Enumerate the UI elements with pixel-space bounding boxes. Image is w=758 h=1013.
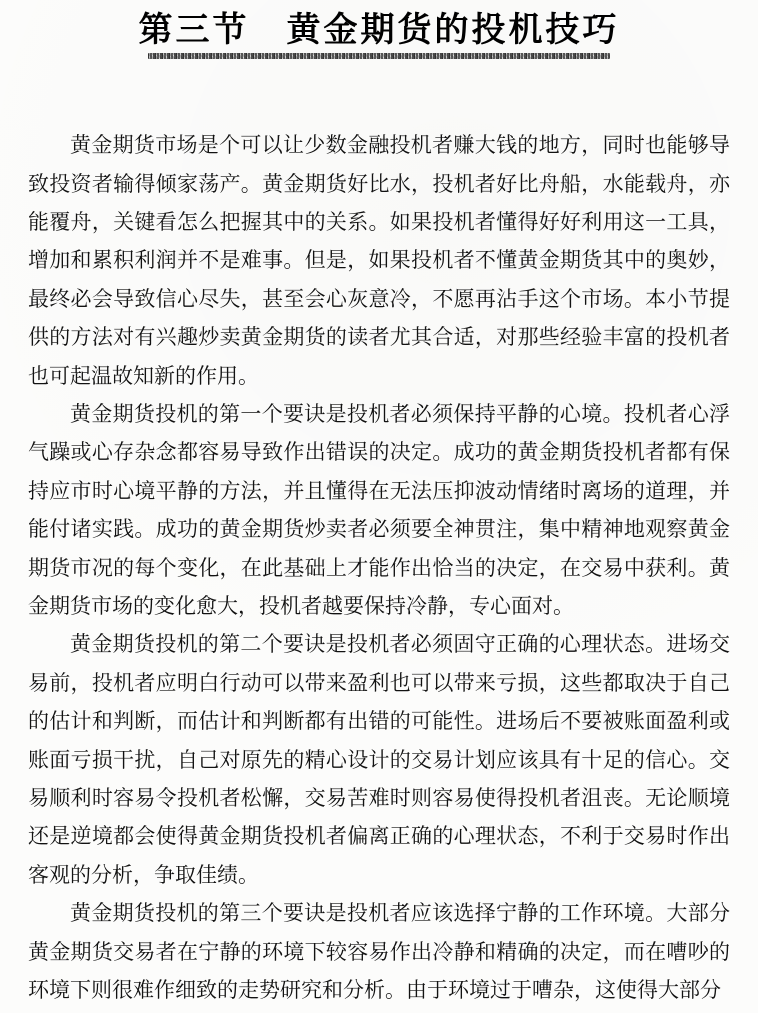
- paragraph-second-tip: 黄金期货投机的第二个要诀是投机者必须固守正确的心理状态。进场交易前，投机者应明白…: [28, 625, 730, 894]
- section-title: 第三节 黄金期货的投机技巧: [28, 10, 730, 50]
- paragraph-first-tip: 黄金期货投机的第一个要诀是投机者必须保持平静的心境。投机者心浮气躁或心存杂念都容…: [28, 395, 730, 625]
- paragraph-third-tip: 黄金期货投机的第三个要诀是投机者应该选择宁静的工作环境。大部分黄金期货交易者在宁…: [28, 894, 730, 1009]
- title-block: 第三节 黄金期货的投机技巧: [28, 10, 730, 59]
- book-page: 第三节 黄金期货的投机技巧 黄金期货市场是个可以让少数金融投机者赚大钱的地方，同…: [0, 0, 758, 1013]
- body-text: 黄金期货市场是个可以让少数金融投机者赚大钱的地方，同时也能够导致投资者输得倾家荡…: [28, 126, 730, 1009]
- title-underline-decoration: [148, 53, 610, 59]
- paragraph-intro: 黄金期货市场是个可以让少数金融投机者赚大钱的地方，同时也能够导致投资者输得倾家荡…: [28, 126, 730, 395]
